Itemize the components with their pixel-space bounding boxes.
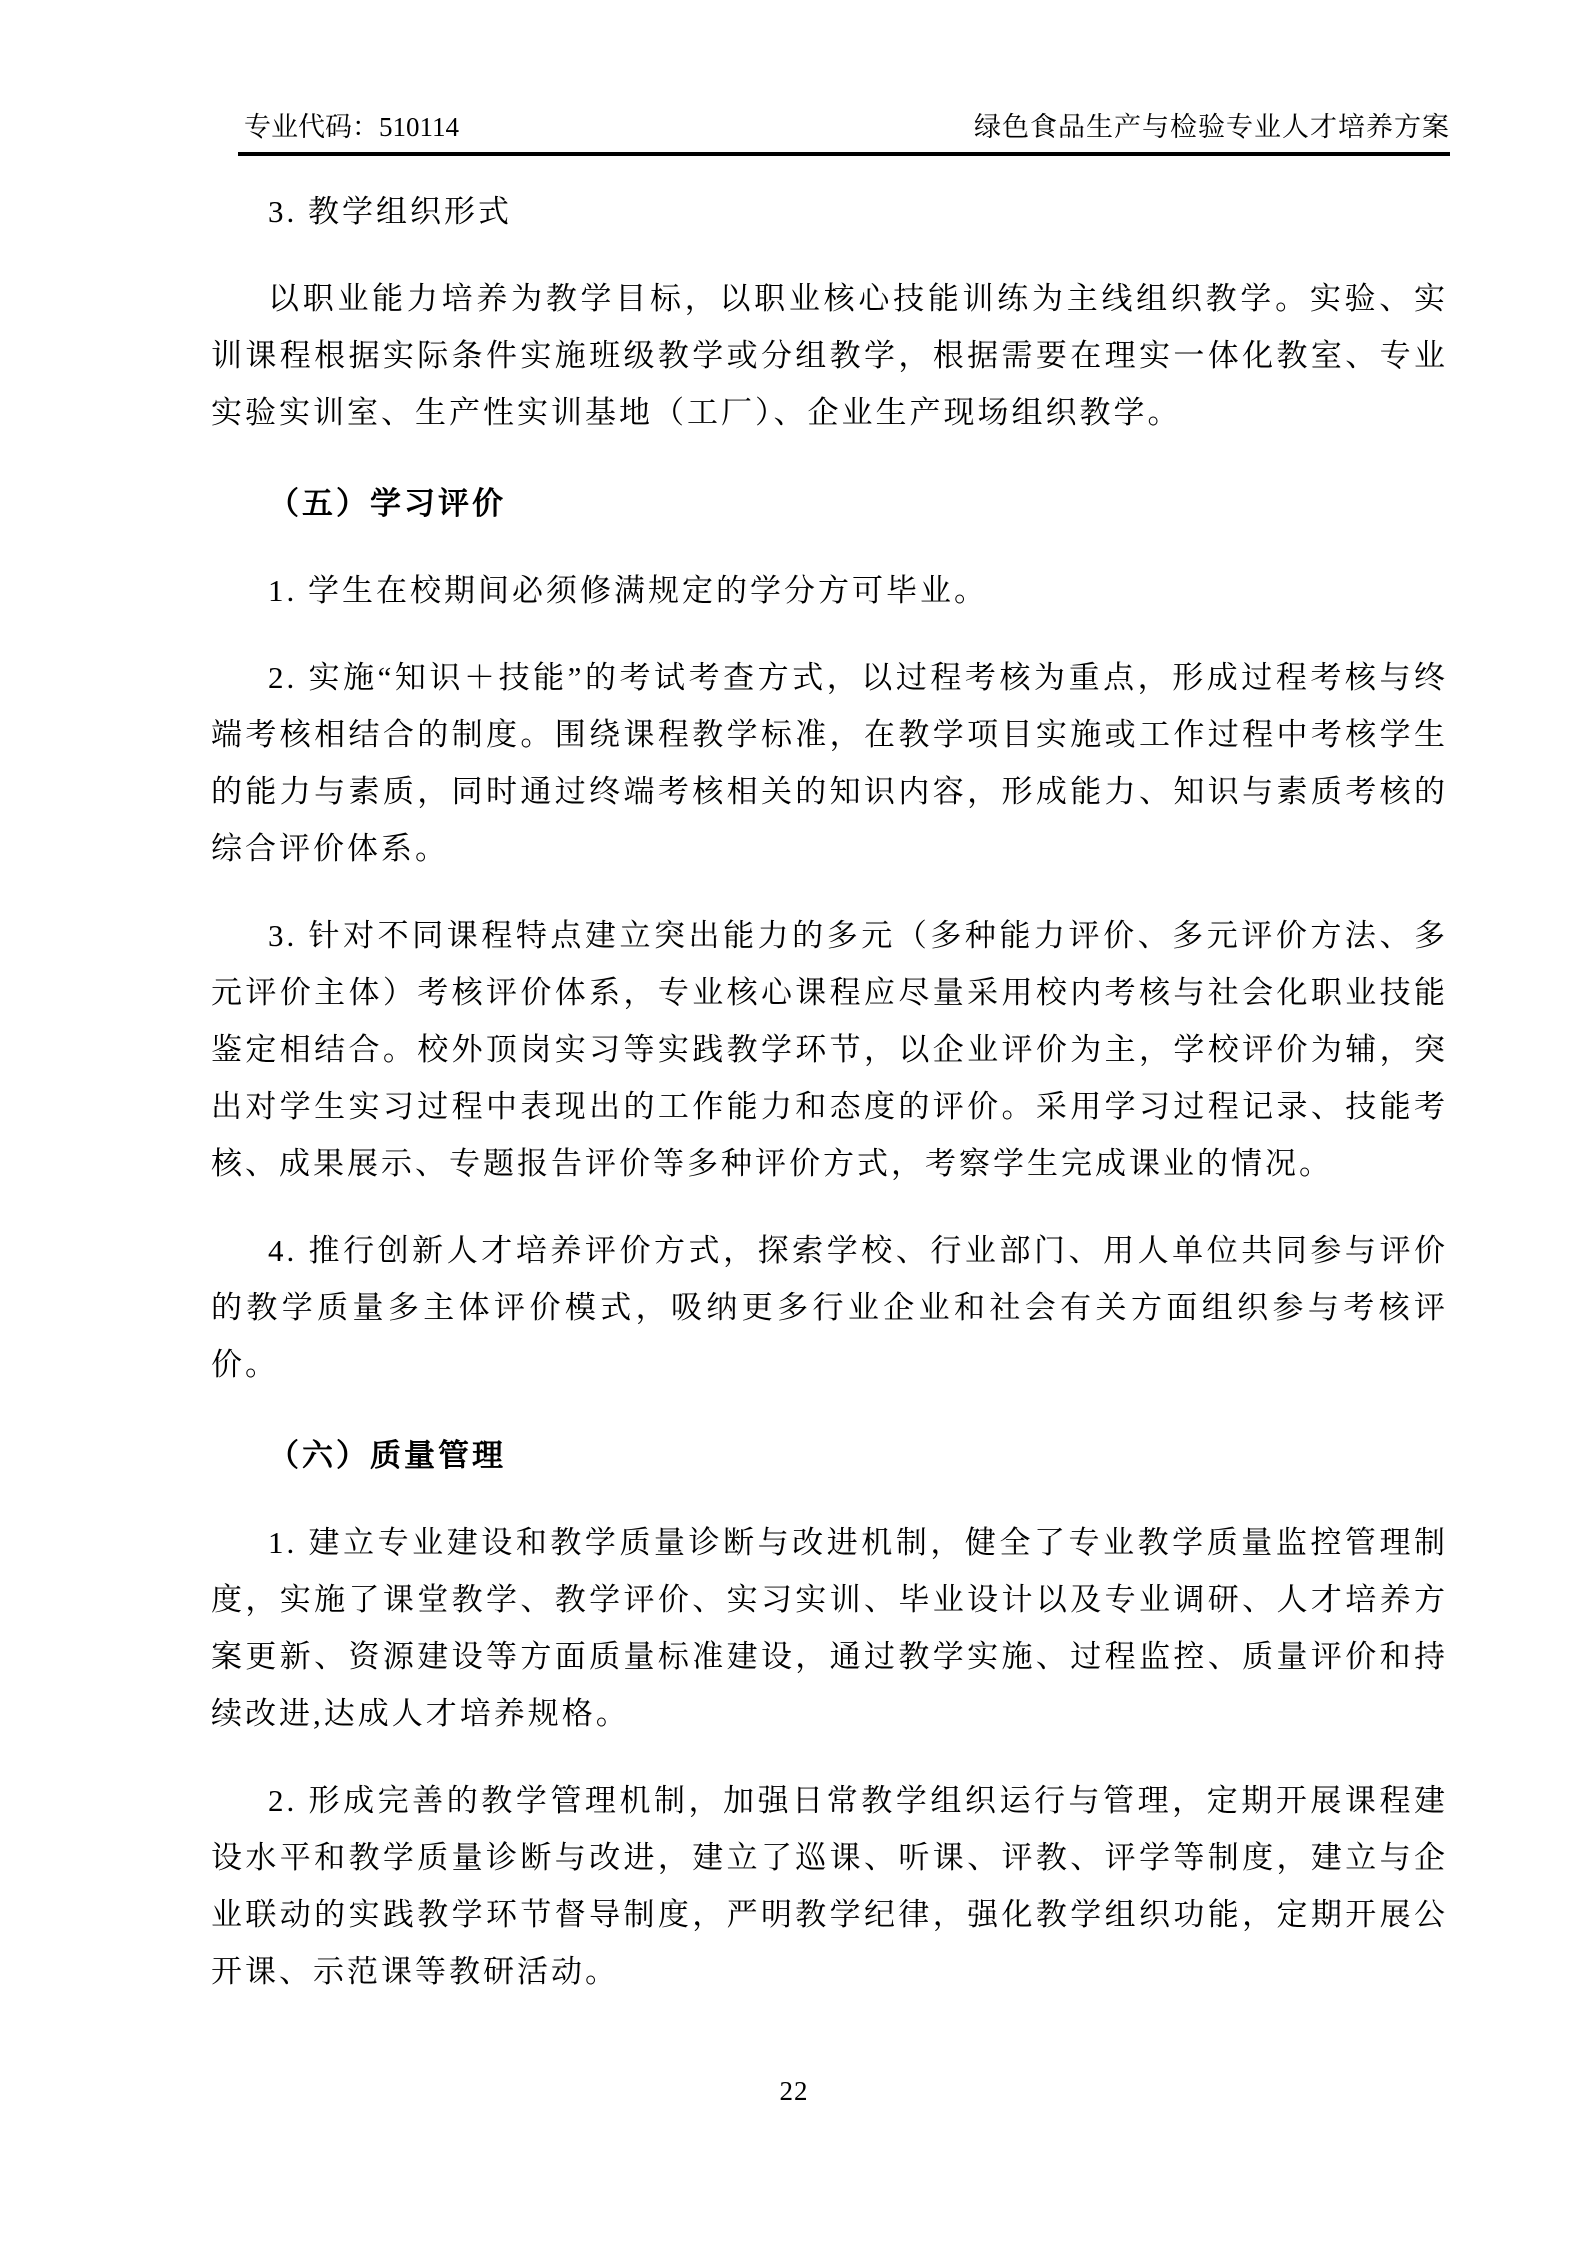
- document-body: 3. 教学组织形式 以职业能力培养为教学目标，以职业核心技能训练为主线组织教学。…: [211, 156, 1448, 2000]
- paragraph-evaluation-item-1: 1. 学生在校期间必须修满规定的学分方可毕业。: [211, 562, 1448, 619]
- paragraph-quality-item-2: 2. 形成完善的教学管理机制，加强日常教学组织运行与管理，定期开展课程建设水平和…: [211, 1772, 1448, 2000]
- document-page: 专业代码：510114 绿色食品生产与检验专业人才培养方案 3. 教学组织形式 …: [0, 0, 1588, 2245]
- paragraph-evaluation-item-4: 4. 推行创新人才培养评价方式，探索学校、行业部门、用人单位共同参与评价的教学质…: [211, 1222, 1448, 1393]
- paragraph-evaluation-item-2: 2. 实施“知识＋技能”的考试考查方式，以过程考核为重点，形成过程考核与终端考核…: [211, 649, 1448, 877]
- page-number: 22: [780, 2076, 809, 2106]
- subsection-title-teaching-organization: 3. 教学组织形式: [211, 183, 1448, 240]
- header-major-code: 专业代码：510114: [244, 112, 459, 143]
- page-header: 专业代码：510114 绿色食品生产与检验专业人才培养方案: [238, 0, 1450, 156]
- paragraph-teaching-organization: 以职业能力培养为教学目标，以职业核心技能训练为主线组织教学。实验、实训课程根据实…: [211, 270, 1448, 441]
- section-heading-learning-evaluation: （五）学习评价: [211, 475, 1448, 532]
- page-footer: 22: [0, 2076, 1588, 2107]
- header-document-title: 绿色食品生产与检验专业人才培养方案: [974, 112, 1450, 143]
- paragraph-quality-item-1: 1. 建立专业建设和教学质量诊断与改进机制，健全了专业教学质量监控管理制度，实施…: [211, 1514, 1448, 1742]
- paragraph-evaluation-item-3: 3. 针对不同课程特点建立突出能力的多元（多种能力评价、多元评价方法、多元评价主…: [211, 907, 1448, 1192]
- section-heading-quality-management: （六）质量管理: [211, 1427, 1448, 1484]
